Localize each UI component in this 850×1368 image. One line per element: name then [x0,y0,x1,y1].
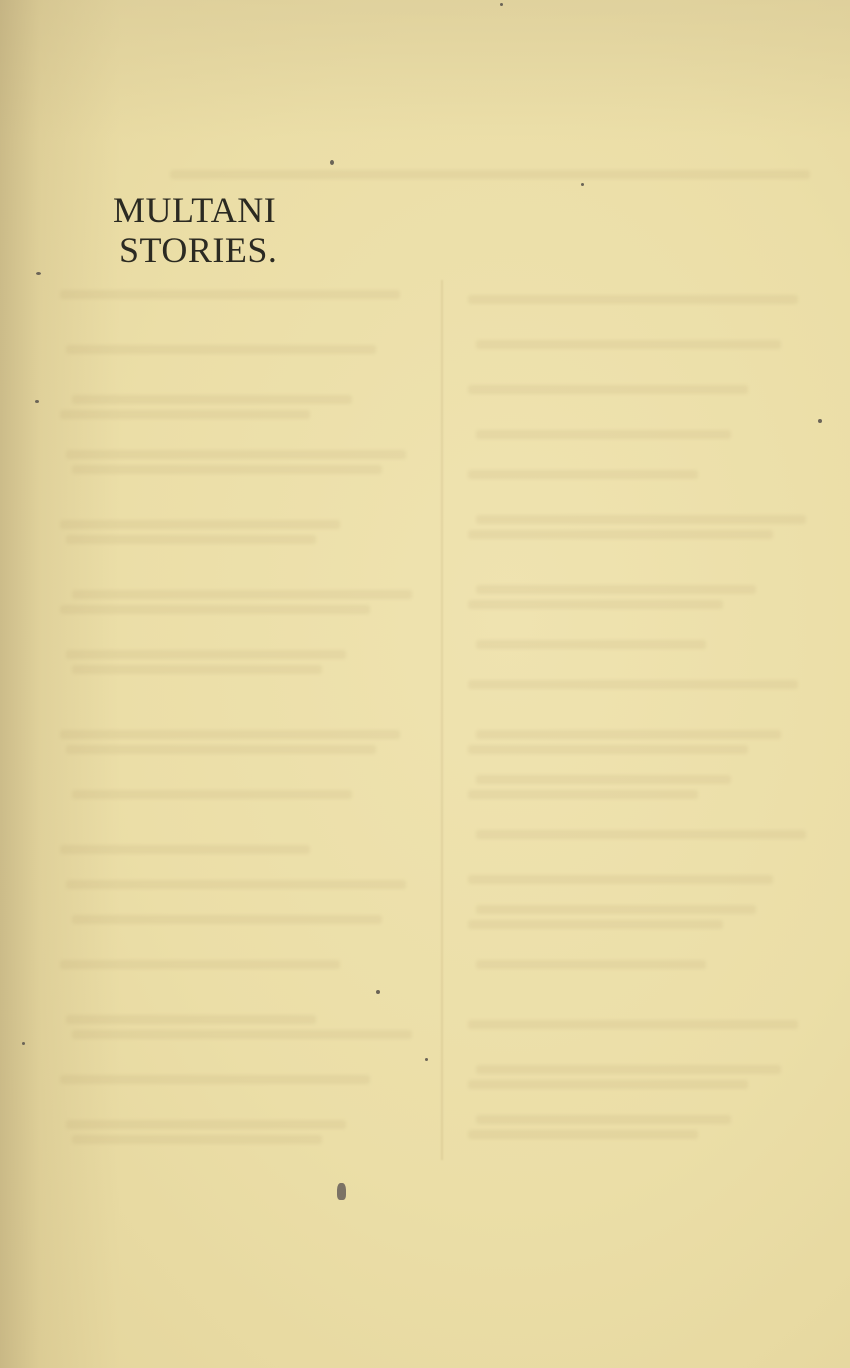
ghost-line [476,775,731,784]
ghost-line [66,535,316,544]
ghost-line [476,1115,731,1124]
ghost-line [468,295,798,304]
speck [818,419,822,423]
title-line-1: MULTANI [113,190,277,230]
ghost-line [60,960,340,969]
ghost-line [476,340,781,349]
ghost-line [476,730,781,739]
ghost-line [66,745,376,754]
ghost-line [476,905,756,914]
ghost-line [476,960,706,969]
ghost-line [468,1130,698,1139]
ghost-line [66,1120,346,1129]
page-title: MULTANI STORIES. [113,190,277,270]
ghost-line [66,345,376,354]
ghost-line [72,790,352,799]
column-divider-bleedthrough [441,280,443,1160]
ghost-line [60,1075,370,1084]
ghost-line [468,920,723,929]
ghost-line [476,640,706,649]
ghost-line [72,1030,412,1039]
ghost-line [60,845,310,854]
ghost-line [476,585,756,594]
ghost-line [72,915,382,924]
speck [581,183,584,186]
scanned-page: MULTANI STORIES. [0,0,850,1368]
title-line-2: STORIES. [113,230,277,270]
ghost-line [468,1080,748,1089]
ghost-line [60,410,310,419]
ghost-line [468,745,748,754]
ghost-line [60,730,400,739]
ghost-line [468,470,698,479]
ghost-line [468,1020,798,1029]
ghost-line [72,665,322,674]
ghost-line [66,650,346,659]
ghost-line [72,590,412,599]
ghost-line [60,605,370,614]
ghost-line [170,170,810,179]
ghost-line [468,600,723,609]
speck [22,1042,25,1045]
speck [376,990,380,994]
ghost-line [476,515,806,524]
speck [35,400,39,403]
speck [425,1058,428,1061]
ghost-line [476,430,731,439]
ghost-line [468,530,773,539]
ghost-line [60,290,400,299]
ghost-line [66,1015,316,1024]
ghost-line [476,830,806,839]
ghost-line [468,385,748,394]
ghost-line [60,520,340,529]
ghost-line [72,1135,322,1144]
ghost-line [468,875,773,884]
ghost-line [72,465,382,474]
speck [36,272,41,275]
ghost-line [66,880,406,889]
speck [330,160,334,165]
ghost-line [468,680,798,689]
ink-mark [337,1183,346,1200]
ghost-line [468,790,698,799]
speck [500,3,503,6]
ghost-line [72,395,352,404]
ghost-line [476,1065,781,1074]
ghost-line [66,450,406,459]
